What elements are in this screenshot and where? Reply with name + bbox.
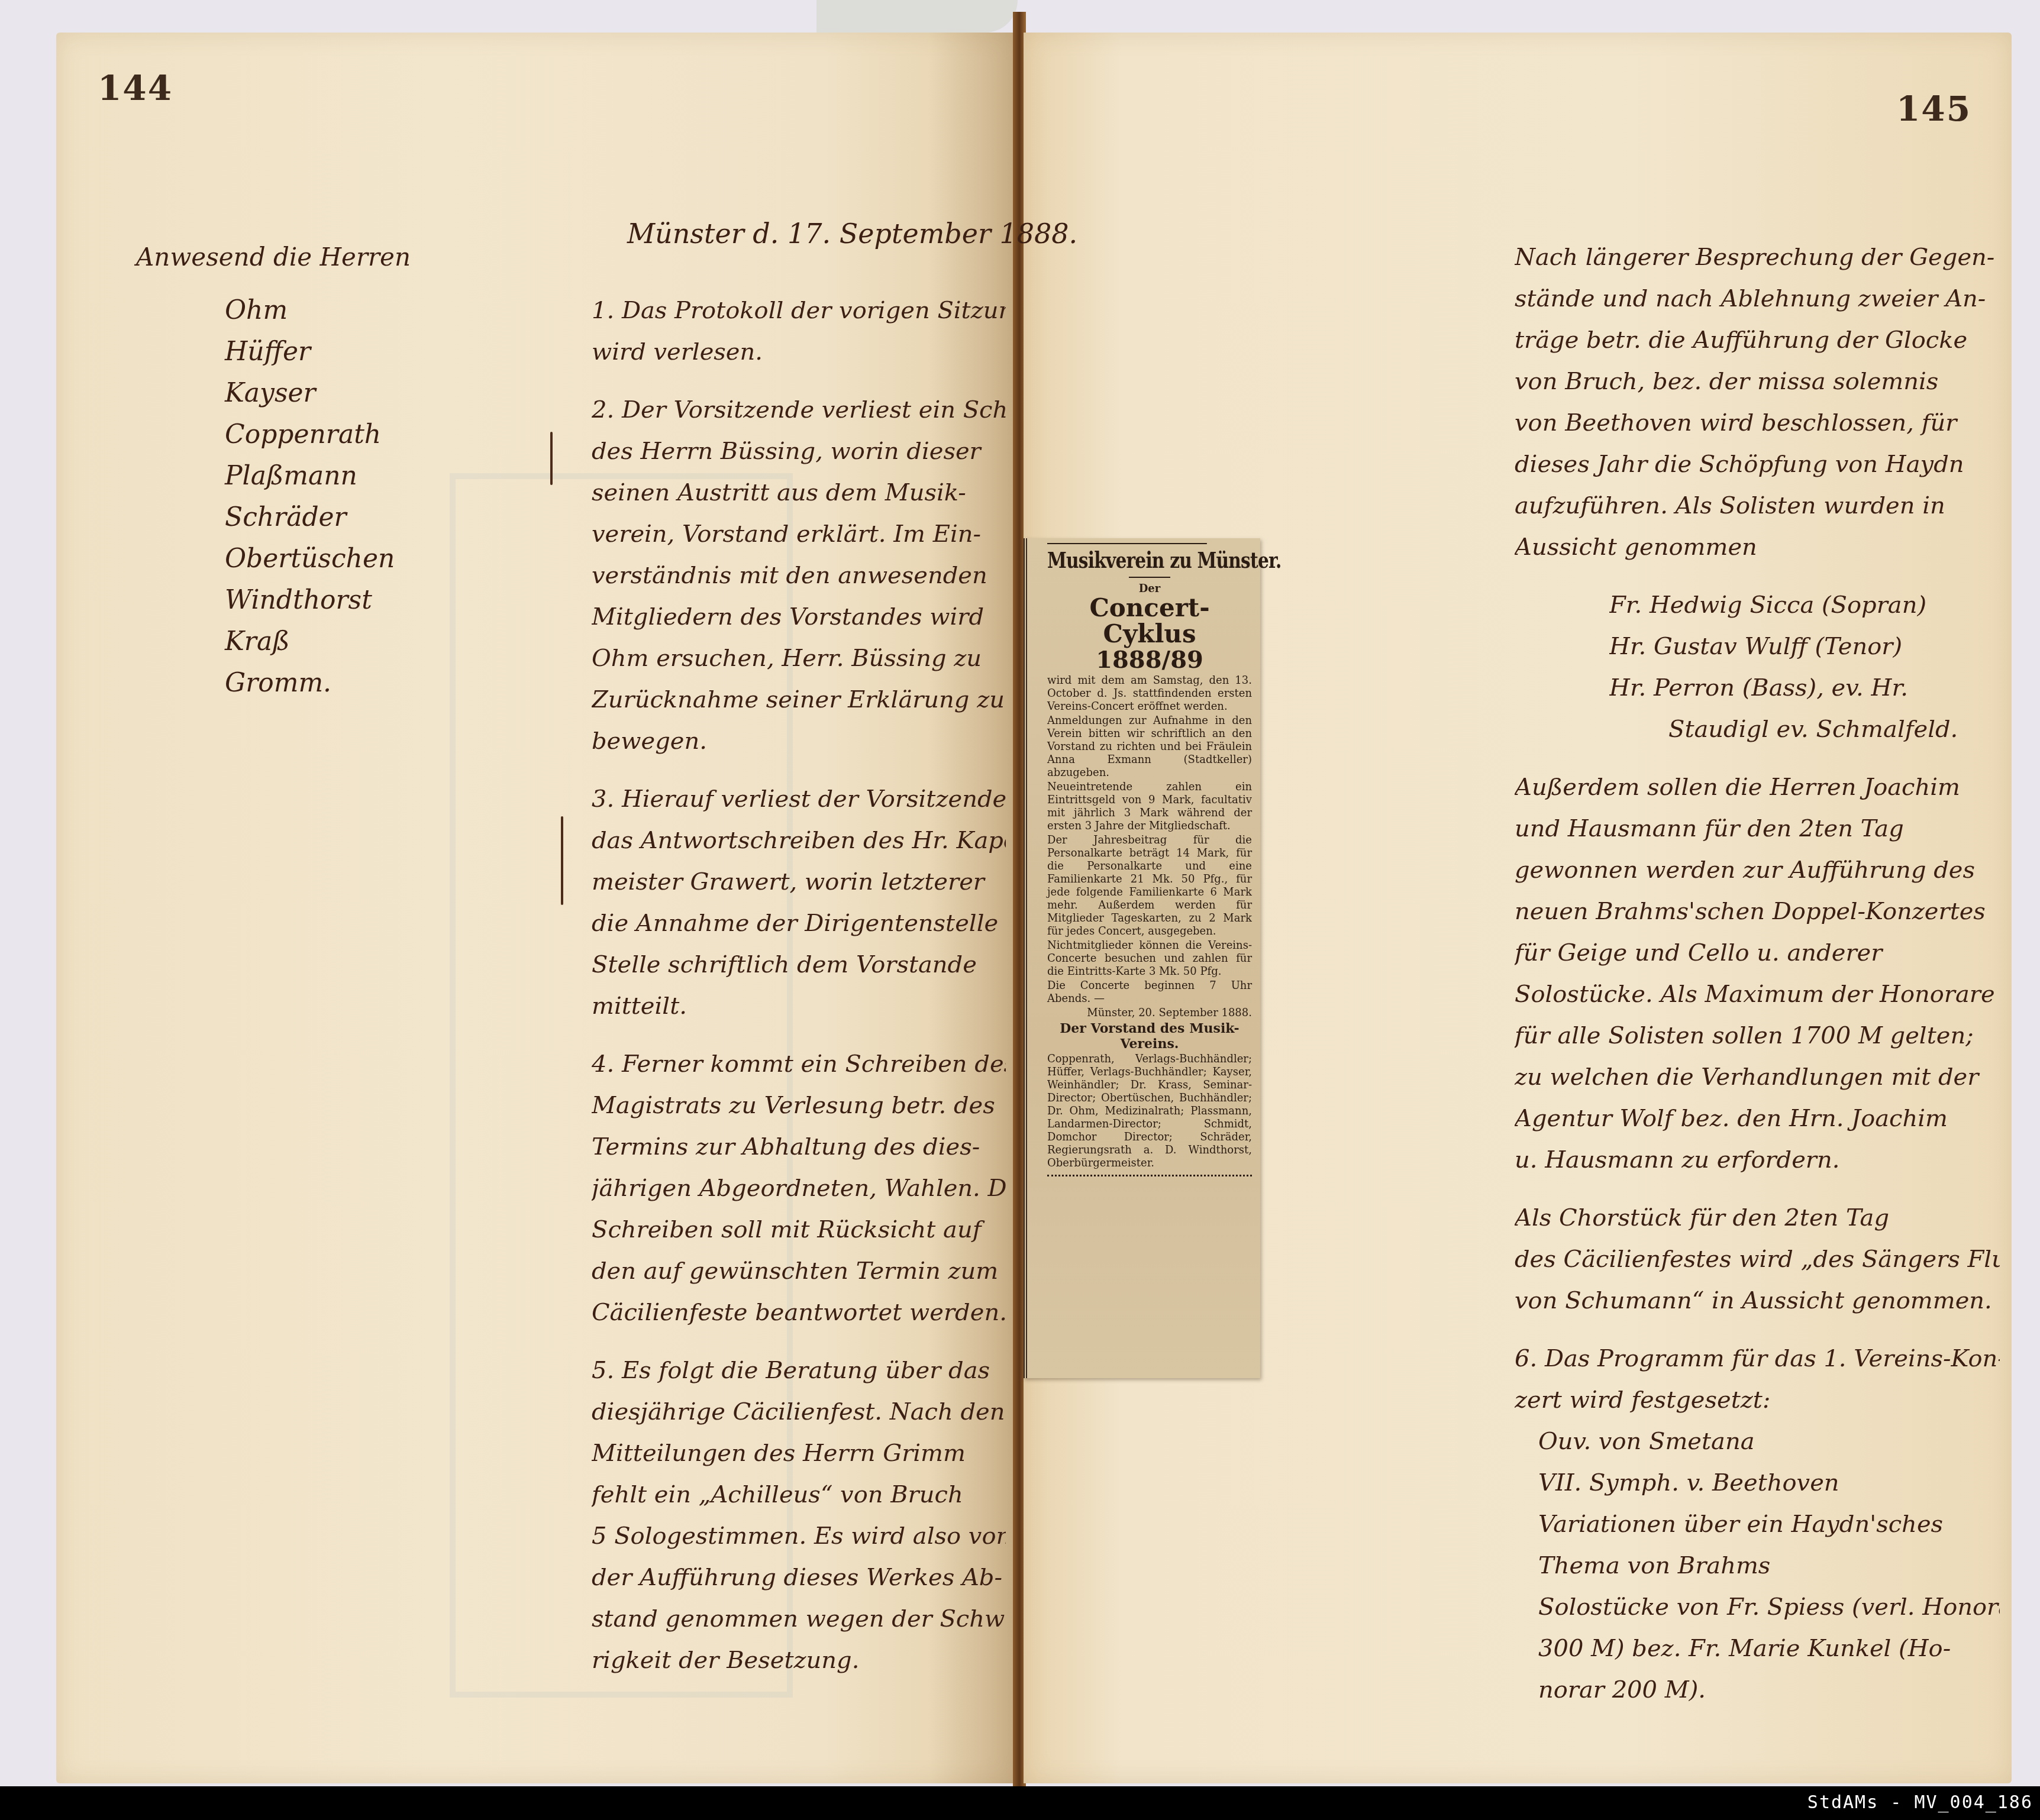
item-line: 5 Sologestimmen. Es wird also von bbox=[592, 1515, 1006, 1557]
clipping-paragraph: Anmeldungen zur Aufnahme in den Verein b… bbox=[1047, 715, 1252, 780]
clipping-paragraph: Neueintretende zahlen ein Eintrittsgeld … bbox=[1047, 781, 1252, 833]
agenda-item-5: 5. Es folgt die Beratung über das diesjä… bbox=[592, 1350, 1006, 1681]
item-number: 3. bbox=[592, 785, 614, 813]
program-entry: norar 200 M). bbox=[1538, 1669, 2000, 1711]
text-line: Außerdem sollen die Herren Joachim bbox=[1515, 767, 2000, 808]
item-line: Zurücknahme seiner Erklärung zu bbox=[592, 679, 1006, 720]
concert-program: Ouv. von Smetana VII. Symph. v. Beethove… bbox=[1538, 1421, 2000, 1711]
attendee-name: Obertüschen bbox=[225, 538, 411, 580]
item-line: verein, Vorstand erklärt. Im Ein- bbox=[592, 513, 1006, 555]
clipping-paragraph: Die Concerte beginnen 7 Uhr Abends. — bbox=[1047, 979, 1252, 1006]
item-line: Mitgliedern des Vorstandes wird bbox=[592, 596, 1006, 638]
program-entry: Thema von Brahms bbox=[1538, 1545, 2000, 1586]
text-line: Aussicht genommen bbox=[1515, 526, 2000, 568]
item-line: seinen Austritt aus dem Musik- bbox=[592, 472, 1006, 513]
soloist: Hr. Gustav Wulff (Tenor) bbox=[1609, 626, 2000, 667]
item-line: Der Vorsitzende verliest ein Schreiben bbox=[622, 396, 1006, 424]
text-line: gewonnen werden zur Aufführung des bbox=[1515, 849, 2000, 891]
agenda-item-4: 4. Ferner kommt ein Schreiben des Magist… bbox=[592, 1043, 1006, 1333]
attendee-name: Windthorst bbox=[225, 580, 411, 621]
item-line: Magistrats zu Verlesung betr. des bbox=[592, 1085, 1006, 1126]
clipping-title: Concert-Cyklus bbox=[1047, 595, 1252, 647]
item-line: den auf gewünschten Termin zum bbox=[592, 1250, 1006, 1292]
clipping-place-date: Münster, 20. September 1888. bbox=[1047, 1007, 1252, 1020]
paragraph-joachim: Außerdem sollen die Herren Joachim und H… bbox=[1515, 767, 2000, 1181]
clipping-season: 1888/89 bbox=[1047, 647, 1252, 673]
text-line: u. Hausmann zu erfordern. bbox=[1515, 1139, 2000, 1181]
soloist: Fr. Hedwig Sicca (Sopran) bbox=[1609, 584, 2000, 626]
archive-watermark-bar: StdAMs - MV_004_186 bbox=[0, 1786, 2040, 1820]
item-line: Das Protokoll der vorigen Sitzung bbox=[622, 297, 1006, 324]
agenda-item-6: 6. Das Programm für das 1. Vereins-Kon- … bbox=[1515, 1338, 2000, 1711]
item-line: Schreiben soll mit Rücksicht auf bbox=[592, 1209, 1006, 1250]
clipping-paragraph: Der Jahresbeitrag für die Personalkarte … bbox=[1047, 834, 1252, 938]
attendees-list: Anwesend die Herren Ohm Hüffer Kayser Co… bbox=[136, 237, 411, 704]
program-entry: 300 M) bez. Fr. Marie Kunkel (Ho- bbox=[1538, 1628, 2000, 1669]
text-line: zu welchen die Verhandlungen mit der bbox=[1515, 1056, 2000, 1098]
clipping-paragraph: wird mit dem am Samstag, den 13. October… bbox=[1047, 674, 1252, 713]
item-line: zert wird festgesetzt: bbox=[1515, 1379, 2000, 1421]
item-line: jährigen Abgeordneten, Wahlen. Das bbox=[592, 1168, 1006, 1209]
minutes-left-column: Münster d. 17. September 1888. 1. Das Pr… bbox=[592, 213, 1006, 1698]
text-line: und Hausmann für den 2ten Tag bbox=[1515, 808, 2000, 849]
item-line: meister Grawert, worin letzterer bbox=[592, 861, 1006, 903]
item-line: der Aufführung dieses Werkes Ab- bbox=[592, 1557, 1006, 1598]
item-line: des Herrn Büssing, worin dieser bbox=[592, 431, 1006, 472]
item-line: diesjährige Cäcilienfest. Nach den bbox=[592, 1391, 1006, 1433]
item-number: 2. bbox=[592, 396, 614, 424]
backing-paper bbox=[816, 0, 1018, 33]
item-line: die Annahme der Dirigentenstelle bbox=[592, 903, 1006, 944]
item-line: verständnis mit den anwesenden bbox=[592, 555, 1006, 596]
text-line: aufzuführen. Als Solisten wurden in bbox=[1515, 485, 2000, 526]
program-entry: Ouv. von Smetana bbox=[1538, 1421, 2000, 1462]
margin-mark bbox=[561, 816, 563, 905]
attendee-name: Kayser bbox=[225, 373, 411, 414]
agenda-item-2: 2. Der Vorsitzende verliest ein Schreibe… bbox=[592, 389, 1006, 762]
attendee-name: Plaßmann bbox=[225, 455, 411, 497]
item-number: 5. bbox=[592, 1357, 614, 1384]
item-line: Ferner kommt ein Schreiben des bbox=[622, 1050, 1006, 1078]
item-line: Stelle schriftlich dem Vorstande bbox=[592, 944, 1006, 985]
newspaper-clipping: Musikverein zu Münster. Der Concert-Cykl… bbox=[1024, 538, 1260, 1378]
attendee-name: Ohm bbox=[225, 290, 411, 331]
text-line: Nach längerer Besprechung der Gegen- bbox=[1515, 237, 2000, 278]
item-line: Cäcilienfeste beantwortet werden. bbox=[592, 1292, 1006, 1333]
attendee-name: Schräder bbox=[225, 497, 411, 538]
text-line: von Bruch, bez. der missa solemnis bbox=[1515, 361, 2000, 402]
page-number-right: 145 bbox=[1896, 89, 1971, 129]
archive-id: StdAMs - MV_004_186 bbox=[1807, 1792, 2033, 1813]
minutes-right-column: Nach längerer Besprechung der Gegen- stä… bbox=[1515, 237, 2000, 1727]
agenda-item-1: 1. Das Protokoll der vorigen Sitzung wir… bbox=[592, 290, 1006, 373]
page-number-left: 144 bbox=[98, 68, 173, 108]
item-line: bewegen. bbox=[592, 720, 1006, 762]
item-line: rigkeit der Besetzung. bbox=[592, 1640, 1006, 1681]
text-line: des Cäcilienfestes wird „des Sängers Flu… bbox=[1515, 1239, 2000, 1280]
text-line: Als Chorstück für den 2ten Tag bbox=[1515, 1197, 2000, 1239]
soloist: Staudigl ev. Schmalfeld. bbox=[1668, 709, 2000, 750]
paragraph-chorus: Als Chorstück für den 2ten Tag des Cäcil… bbox=[1515, 1197, 2000, 1321]
text-line: Agentur Wolf bez. den Hrn. Joachim bbox=[1515, 1098, 2000, 1139]
program-entry: VII. Symph. v. Beethoven bbox=[1538, 1462, 2000, 1504]
attendee-name: Coppenrath bbox=[225, 414, 411, 455]
divider bbox=[1129, 577, 1170, 578]
text-line: von Beethoven wird beschlossen, für bbox=[1515, 402, 2000, 444]
clipping-masthead: Musikverein zu Münster. bbox=[1047, 543, 1207, 573]
attendee-name: Gromm. bbox=[225, 662, 411, 704]
paragraph-decision: Nach längerer Besprechung der Gegen- stä… bbox=[1515, 237, 2000, 568]
agenda-item-3: 3. Hierauf verliest der Vorsitzende das … bbox=[592, 778, 1006, 1027]
margin-mark bbox=[550, 432, 553, 485]
item-line: Termins zur Abhaltung des dies- bbox=[592, 1126, 1006, 1168]
text-line: für Geige und Cello u. anderer bbox=[1515, 932, 2000, 974]
item-number: 6. bbox=[1515, 1345, 1537, 1372]
clipping-paragraph: Nichtmitglieder können die Vereins-Conce… bbox=[1047, 939, 1252, 978]
item-line: stand genommen wegen der Schwie- bbox=[592, 1598, 1006, 1640]
item-line: mitteilt. bbox=[592, 985, 1006, 1027]
divider bbox=[1047, 1175, 1252, 1176]
item-line: fehlt ein „Achilleus“ von Bruch bbox=[592, 1474, 1006, 1515]
attendees-heading: Anwesend die Herren bbox=[136, 237, 411, 278]
text-line: dieses Jahr die Schöpfung von Haydn bbox=[1515, 444, 2000, 485]
text-line: von Schumann“ in Aussicht genommen. bbox=[1515, 1280, 2000, 1321]
attendee-name: Hüffer bbox=[225, 331, 411, 373]
item-number: 1. bbox=[592, 297, 614, 324]
item-line: Mitteilungen des Herrn Grimm bbox=[592, 1433, 1006, 1474]
item-line: Hierauf verliest der Vorsitzende bbox=[622, 785, 1006, 813]
text-line: Solostücke. Als Maximum der Honorare bbox=[1515, 974, 2000, 1015]
program-entry: Variationen über ein Haydn'sches bbox=[1538, 1504, 2000, 1545]
text-line: neuen Brahms'schen Doppel-Konzertes bbox=[1515, 891, 2000, 932]
book-spread: 144 145 Anwesend die Herren Ohm Hüffer K… bbox=[0, 0, 2040, 1786]
meeting-date: Münster d. 17. September 1888. bbox=[627, 213, 1006, 254]
item-line: Es folgt die Beratung über das bbox=[622, 1357, 990, 1384]
text-line: für alle Solisten sollen 1700 M gelten; bbox=[1515, 1015, 2000, 1056]
clipping-board-title: Der Vorstand des Musik-Vereins. bbox=[1047, 1021, 1252, 1052]
item-line: Das Programm für das 1. Vereins-Kon- bbox=[1545, 1345, 2000, 1372]
text-line: stände und nach Ablehnung zweier An- bbox=[1515, 278, 2000, 319]
soloists-list: Fr. Hedwig Sicca (Sopran) Hr. Gustav Wul… bbox=[1609, 584, 2000, 750]
text-line: träge betr. die Aufführung der Glocke bbox=[1515, 319, 2000, 361]
soloist: Hr. Perron (Bass), ev. Hr. bbox=[1609, 667, 2000, 709]
item-line: das Antwortschreiben des Hr. Kapell- bbox=[592, 820, 1006, 861]
item-number: 4. bbox=[592, 1050, 614, 1078]
attendee-name: Kraß bbox=[225, 621, 411, 662]
item-line: Ohm ersuchen, Herr. Büssing zu bbox=[592, 638, 1006, 679]
item-line: wird verlesen. bbox=[592, 331, 1006, 373]
program-entry: Solostücke von Fr. Spiess (verl. Honorar bbox=[1538, 1586, 2000, 1628]
clipping-board-members: Coppenrath, Verlags-Buchhändler; Hüffer,… bbox=[1047, 1053, 1252, 1170]
